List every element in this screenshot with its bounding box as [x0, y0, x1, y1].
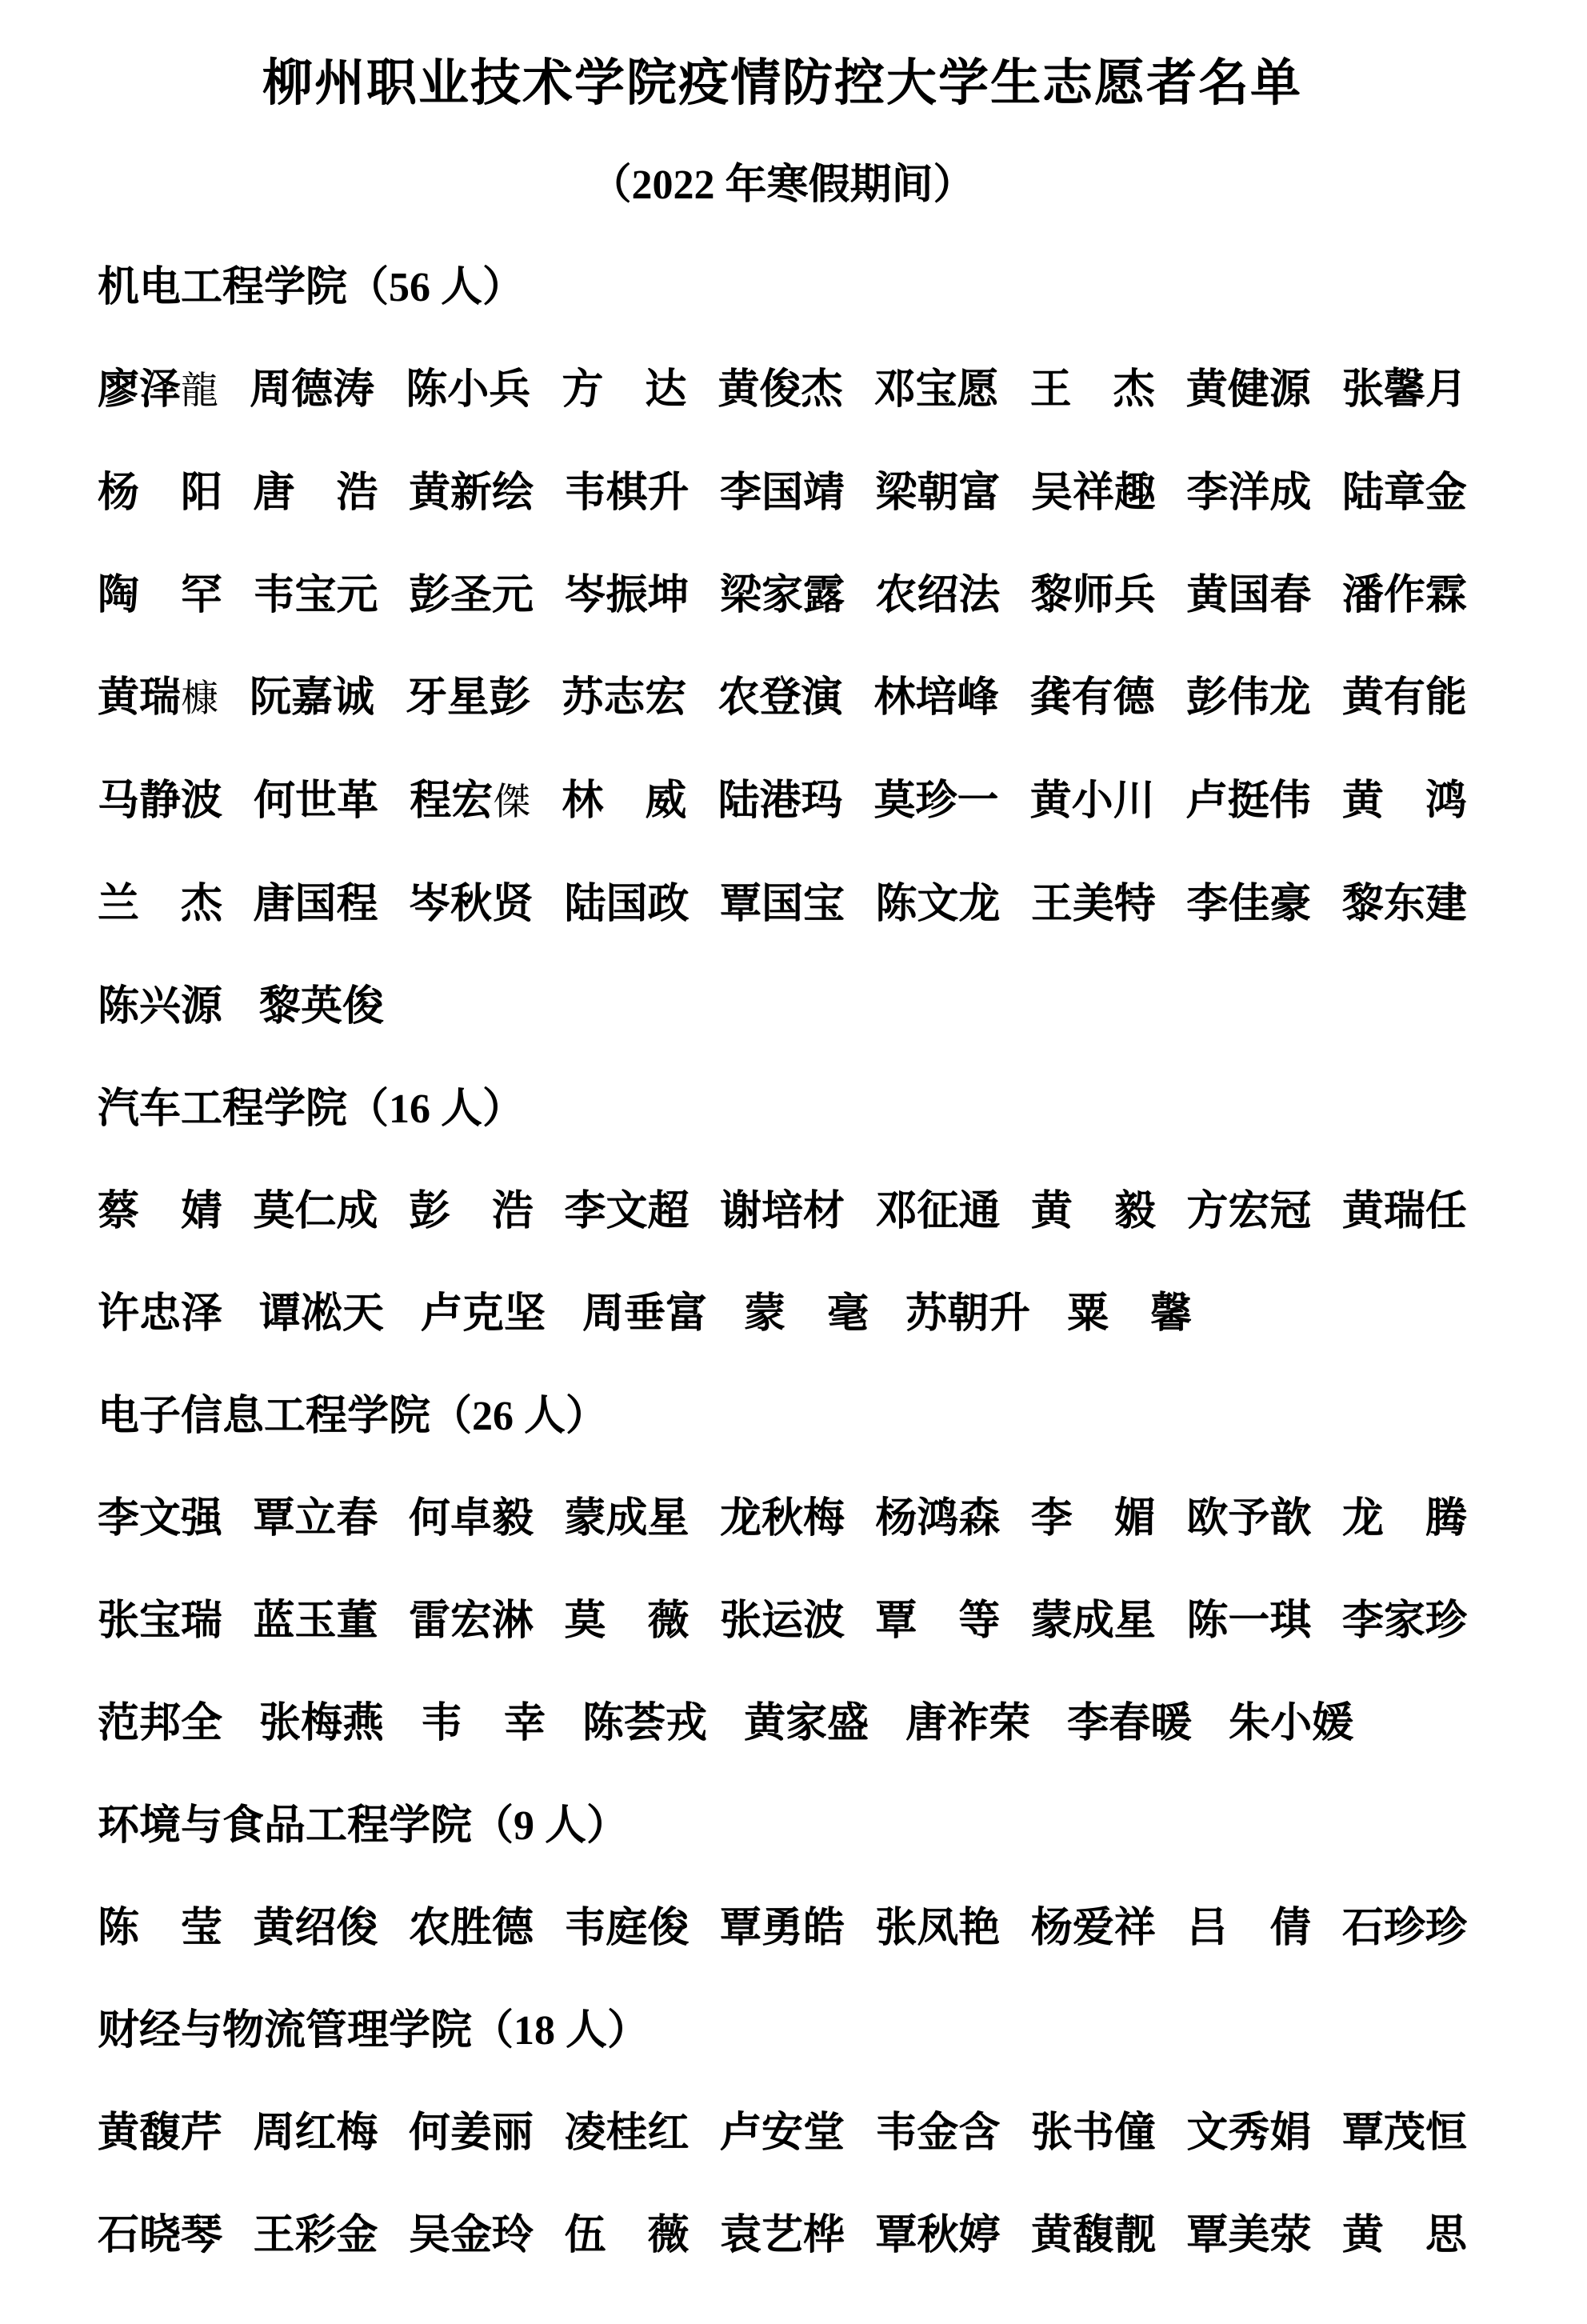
volunteer-name: 张宝瑞 [98, 1570, 222, 1673]
volunteer-name: 范邦全 [98, 1673, 222, 1775]
volunteer-name: 朱小媛 [1229, 1673, 1353, 1775]
volunteer-name: 阮嘉诚 [250, 647, 374, 750]
volunteer-name: 杨 阳 [98, 442, 222, 545]
volunteer-name: 陆国政 [564, 854, 689, 956]
volunteer-name: 李国靖 [720, 442, 845, 545]
volunteer-name: 杨爱祥 [1031, 1878, 1156, 1980]
volunteer-name: 牙星彭 [406, 647, 530, 750]
volunteer-name: 蒙成星 [1031, 1570, 1156, 1673]
volunteer-name: 黄瑞槺 [98, 647, 218, 750]
volunteer-name: 杨鸿森 [875, 1468, 1000, 1570]
document-title: 柳州职业技术学院疫情防控大学生志愿者名单 [98, 32, 1467, 134]
volunteer-name: 韦 幸 [421, 1673, 546, 1775]
section-header: 电子信息工程学院（26 人） [98, 1366, 1467, 1468]
volunteer-name: 周垂富 [582, 1263, 707, 1366]
volunteer-name: 林培峰 [874, 647, 999, 750]
section-header: 财经与物流管理学院（18 人） [98, 1980, 1467, 2082]
volunteer-name: 林 威 [562, 750, 686, 853]
volunteer-name: 李 媚 [1031, 1468, 1156, 1570]
volunteer-name: 廖泽龍 [98, 339, 218, 442]
volunteer-name: 何卓毅 [409, 1468, 534, 1570]
volunteer-name: 方 达 [562, 339, 686, 442]
volunteer-name: 张书僮 [1031, 2082, 1156, 2185]
volunteer-name: 岑秋贤 [409, 854, 534, 956]
volunteer-name: 卢克坚 [421, 1263, 546, 1366]
volunteer-name: 黄绍俊 [253, 1878, 378, 1980]
name-row: 石晓琴王彩金吴金玲伍 薇袁艺桦覃秋婷黄馥靓覃美荥黄 思 [98, 2185, 1467, 2287]
volunteer-name: 王美特 [1031, 854, 1156, 956]
volunteer-name: 黄瑞任 [1342, 1161, 1467, 1263]
name-row: 马静波何世革程宏傑林 威陆港玛莫珍一黄小川卢挺伟黄 鸿 [98, 750, 1467, 854]
section-header: 环境与食品工程学院（9 人） [98, 1775, 1467, 1878]
name-row: 黄瑞槺阮嘉诚牙星彭苏志宏农登演林培峰龚有德彭伟龙黄有能 [98, 647, 1467, 750]
volunteer-name: 王彩金 [253, 2185, 378, 2287]
volunteer-name: 许忠泽 [98, 1263, 222, 1366]
volunteer-name: 伍 薇 [564, 2185, 689, 2287]
volunteer-name: 雷宏淋 [409, 1570, 534, 1673]
volunteer-name: 卢安堂 [720, 2082, 845, 2185]
volunteer-name: 陈兴源 [98, 956, 222, 1058]
name-row: 许忠泽谭凇天卢克坚周垂富蒙 毫苏朝升粟 馨 [98, 1263, 1467, 1366]
volunteer-name: 陈一琪 [1186, 1570, 1311, 1673]
volunteer-name: 农绍法 [875, 545, 1000, 647]
volunteer-name: 谭凇天 [259, 1263, 384, 1366]
volunteer-name: 韦棋升 [564, 442, 689, 545]
volunteer-name: 龙秋梅 [720, 1468, 845, 1570]
volunteer-name: 何姜丽 [409, 2082, 534, 2185]
volunteer-name: 张梅燕 [259, 1673, 384, 1775]
volunteer-name: 黄家盛 [744, 1673, 869, 1775]
volunteer-name: 吴祥趣 [1031, 442, 1156, 545]
volunteer-name: 唐祚荣 [905, 1673, 1030, 1775]
volunteer-name: 龙 腾 [1342, 1468, 1467, 1570]
volunteer-name: 陆章金 [1342, 442, 1467, 545]
volunteer-name: 彭伟龙 [1186, 647, 1311, 750]
volunteer-name: 苏朝升 [905, 1263, 1030, 1366]
volunteer-name: 彭 浩 [409, 1161, 534, 1263]
volunteer-name: 唐 浩 [253, 442, 378, 545]
volunteer-name: 莫 薇 [564, 1570, 689, 1673]
volunteer-name: 岑振坤 [564, 545, 689, 647]
volunteer-name: 彭圣元 [409, 545, 534, 647]
volunteer-name: 石晓琴 [98, 2185, 222, 2287]
volunteer-name: 石珍珍 [1342, 1878, 1467, 1980]
volunteer-name: 方宏冠 [1186, 1161, 1311, 1263]
volunteer-name: 欧予歆 [1186, 1468, 1311, 1570]
volunteer-name: 农登演 [718, 647, 842, 750]
volunteer-name: 陆港玛 [718, 750, 842, 853]
section-header: 机电工程学院（56 人） [98, 237, 1467, 339]
volunteer-sections-container: 机电工程学院（56 人）廖泽龍周德涛陈小兵方 达黄俊杰邓宝愿王 杰黄健源张馨月杨… [98, 237, 1467, 2287]
volunteer-name: 谢培材 [720, 1161, 845, 1263]
volunteer-name: 梁朝富 [875, 442, 1000, 545]
volunteer-name: 张运波 [720, 1570, 845, 1673]
volunteer-name: 凌桂红 [564, 2082, 689, 2185]
volunteer-name: 邓征通 [875, 1161, 1000, 1263]
volunteer-name: 韦宝元 [253, 545, 378, 647]
volunteer-name: 陈小兵 [406, 339, 530, 442]
volunteer-name: 蓝玉董 [253, 1570, 378, 1673]
document-page: 柳州职业技术学院疫情防控大学生志愿者名单 （2022 年寒假期间） 机电工程学院… [0, 0, 1587, 2324]
volunteer-name: 李佳豪 [1186, 854, 1311, 956]
volunteer-name: 覃秋婷 [875, 2185, 1000, 2287]
volunteer-name: 吕 倩 [1186, 1878, 1311, 1980]
volunteer-name: 周德涛 [250, 339, 374, 442]
volunteer-name: 黄俊杰 [718, 339, 842, 442]
volunteer-name: 黄小川 [1030, 750, 1155, 853]
volunteer-name: 覃 等 [875, 1570, 1000, 1673]
volunteer-name: 黄国春 [1186, 545, 1311, 647]
volunteer-name: 粟 馨 [1067, 1263, 1192, 1366]
section-header: 汽车工程学院（16 人） [98, 1058, 1467, 1161]
volunteer-name: 苏志宏 [562, 647, 686, 750]
name-row: 黄馥芹周红梅何姜丽凌桂红卢安堂韦金含张书僮文秀娟覃茂恒 [98, 2082, 1467, 2185]
fallback-glyph: 傑 [493, 782, 530, 823]
volunteer-name: 陈 莹 [98, 1878, 222, 1980]
volunteer-name: 黄新绘 [409, 442, 534, 545]
volunteer-name: 韦金含 [875, 2082, 1000, 2185]
volunteer-name: 黄 鸿 [1342, 750, 1467, 853]
volunteer-name: 李春暖 [1067, 1673, 1192, 1775]
volunteer-name: 龚有德 [1030, 647, 1155, 750]
volunteer-name: 覃茂恒 [1342, 2082, 1467, 2185]
name-row: 杨 阳唐 浩黄新绘韦棋升李国靖梁朝富吴祥趣李洋成陆章金 [98, 442, 1467, 545]
name-row: 李文强覃立春何卓毅蒙成星龙秋梅杨鸿森李 媚欧予歆龙 腾 [98, 1468, 1467, 1570]
volunteer-name: 黎东建 [1342, 854, 1467, 956]
volunteer-name: 卢挺伟 [1186, 750, 1311, 853]
volunteer-name: 覃国宝 [720, 854, 845, 956]
volunteer-name: 程宏傑 [410, 750, 530, 854]
volunteer-name: 梁家露 [720, 545, 845, 647]
volunteer-name: 马静波 [98, 750, 222, 853]
volunteer-name: 邓宝愿 [874, 339, 999, 442]
volunteer-name: 张凤艳 [875, 1878, 1000, 1980]
name-row: 蔡 婧莫仁成彭 浩李文超谢培材邓征通黄 毅方宏冠黄瑞任 [98, 1161, 1467, 1263]
volunteer-name: 张馨月 [1342, 339, 1467, 442]
volunteer-name: 莫珍一 [874, 750, 999, 853]
volunteer-name: 唐国程 [253, 854, 378, 956]
volunteer-name: 兰 杰 [98, 854, 222, 956]
volunteer-name: 黄馥芹 [98, 2082, 222, 2185]
volunteer-name: 李家珍 [1342, 1570, 1467, 1673]
volunteer-name: 黄馥靓 [1031, 2185, 1156, 2287]
name-row: 陈 莹黄绍俊农胜德韦庭俊覃勇皓张凤艳杨爱祥吕 倩石珍珍 [98, 1878, 1467, 1980]
name-row: 张宝瑞蓝玉董雷宏淋莫 薇张运波覃 等蒙成星陈一琪李家珍 [98, 1570, 1467, 1673]
volunteer-name: 覃勇皓 [720, 1878, 845, 1980]
volunteer-name: 文秀娟 [1186, 2082, 1311, 2185]
volunteer-name: 覃美荥 [1186, 2185, 1311, 2287]
volunteer-name: 蒙 毫 [744, 1263, 869, 1366]
document-subtitle: （2022 年寒假期间） [98, 134, 1467, 237]
volunteer-name: 王 杰 [1030, 339, 1155, 442]
volunteer-name: 李文超 [564, 1161, 689, 1263]
volunteer-name: 潘作霖 [1342, 545, 1467, 647]
name-row: 范邦全张梅燕韦 幸陈荟戎黄家盛唐祚荣李春暖朱小媛 [98, 1673, 1467, 1775]
name-row: 廖泽龍周德涛陈小兵方 达黄俊杰邓宝愿王 杰黄健源张馨月 [98, 339, 1467, 442]
volunteer-name: 周红梅 [253, 2082, 378, 2185]
fallback-glyph: 槺 [181, 678, 218, 720]
volunteer-name: 李文强 [98, 1468, 222, 1570]
volunteer-name: 蔡 婧 [98, 1161, 222, 1263]
volunteer-name: 吴金玲 [409, 2185, 534, 2287]
volunteer-name: 李洋成 [1186, 442, 1311, 545]
volunteer-name: 黄健源 [1186, 339, 1311, 442]
volunteer-name: 陈文龙 [875, 854, 1000, 956]
volunteer-name: 覃立春 [253, 1468, 378, 1570]
name-row: 兰 杰唐国程岑秋贤陆国政覃国宝陈文龙王美特李佳豪黎东建 [98, 854, 1467, 956]
volunteer-name: 黄 毅 [1031, 1161, 1156, 1263]
fallback-glyph: 龍 [181, 370, 218, 412]
volunteer-name: 黄 思 [1342, 2185, 1467, 2287]
volunteer-name: 袁艺桦 [720, 2185, 845, 2287]
name-row: 陈兴源黎英俊 [98, 956, 1467, 1058]
volunteer-name: 黄有能 [1342, 647, 1467, 750]
volunteer-name: 农胜德 [409, 1878, 534, 1980]
volunteer-name: 黎英俊 [259, 956, 384, 1058]
volunteer-name: 陈荟戎 [582, 1673, 707, 1775]
volunteer-name: 何世革 [254, 750, 378, 853]
volunteer-name: 韦庭俊 [564, 1878, 689, 1980]
volunteer-name: 黎师兵 [1031, 545, 1156, 647]
volunteer-name: 陶 罕 [98, 545, 222, 647]
volunteer-name: 蒙成星 [564, 1468, 689, 1570]
name-row: 陶 罕韦宝元彭圣元岑振坤梁家露农绍法黎师兵黄国春潘作霖 [98, 545, 1467, 647]
volunteer-name: 莫仁成 [253, 1161, 378, 1263]
